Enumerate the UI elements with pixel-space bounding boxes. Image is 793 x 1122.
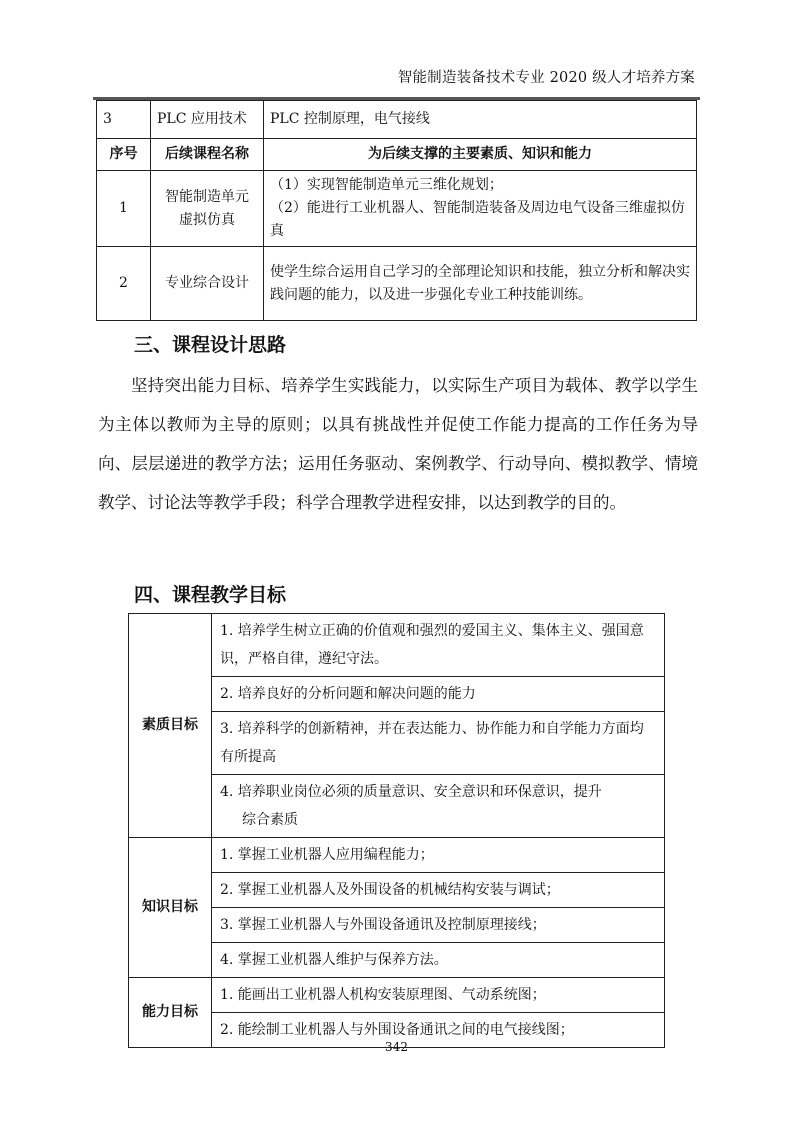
section-paragraph: 坚持突出能力目标、培养学生实践能力，以实际生产项目为载体、教学以学生为主体以教师… (98, 366, 698, 522)
course-line: 智能制造单元 (157, 186, 257, 209)
table-header-row: 序号 后续课程名称 为后续支撑的主要素质、知识和能力 (97, 139, 697, 171)
table-row: 知识目标 1. 掌握工业机器人应用编程能力； (129, 838, 665, 873)
objective-line: 综合素质 (220, 806, 656, 834)
objective-line: 4. 培养职业岗位必须的质量意识、安全意识和环保意识，提升 (220, 778, 656, 806)
cell-content: 使学生综合运用自己学习的全部理论知识和技能，独立分析和解决实践问题的能力，以及进… (264, 247, 697, 321)
cell-no: 2 (97, 247, 151, 321)
objective-item: 2. 培养良好的分析问题和解决问题的能力 (212, 677, 665, 712)
cell-course: 专业综合设计 (151, 247, 264, 321)
table-row: 能力目标 1. 能画出工业机器人机构安装原理图、气动系统图； (129, 978, 665, 1013)
cell-course: 智能制造单元 虚拟仿真 (151, 171, 264, 247)
content-line: （2）能进行工业机器人、智能制造装备及周边电气设备三维虚拟仿真 (270, 197, 690, 243)
objective-item: 4. 培养职业岗位必须的质量意识、安全意识和环保意识，提升 综合素质 (212, 775, 665, 838)
table-row: 2 专业综合设计 使学生综合运用自己学习的全部理论知识和技能，独立分析和解决实践… (97, 247, 697, 321)
cell-content: PLC 控制原理，电气接线 (264, 101, 697, 139)
header-course: 后续课程名称 (151, 139, 264, 171)
objective-item: 3. 掌握工业机器人与外围设备通讯及控制原理接线； (212, 908, 665, 943)
header-content: 为后续支撑的主要素质、知识和能力 (264, 139, 697, 171)
objective-item: 4. 掌握工业机器人维护与保养方法。 (212, 943, 665, 978)
page-number: 342 (0, 1040, 793, 1054)
section-title: 四、课程教学目标 (134, 580, 286, 607)
running-header: 智能制造装备技术专业 2020 级人才培养方案 (398, 66, 695, 87)
teaching-objectives-table: 素质目标 1. 培养学生树立正确的价值观和强烈的爱国主义、集体主义、强国意识，严… (128, 613, 665, 1048)
objective-item: 1. 能画出工业机器人机构安装原理图、气动系统图； (212, 978, 665, 1013)
section-title: 三、课程设计思路 (134, 330, 286, 357)
objective-item: 1. 掌握工业机器人应用编程能力； (212, 838, 665, 873)
objective-item: 3. 培养科学的创新精神，并在表达能力、协作能力和自学能力方面均有所提高 (212, 712, 665, 775)
table-row: 1 智能制造单元 虚拟仿真 （1）实现智能制造单元三维化规划； （2）能进行工业… (97, 171, 697, 247)
category-cell: 素质目标 (129, 614, 212, 838)
cell-no: 3 (97, 101, 151, 139)
content-line: （1）实现智能制造单元三维化规划； (270, 174, 690, 197)
cell-content: （1）实现智能制造单元三维化规划； （2）能进行工业机器人、智能制造装备及周边电… (264, 171, 697, 247)
objective-item: 1. 培养学生树立正确的价值观和强烈的爱国主义、集体主义、强国意识，严格自律，遵… (212, 614, 665, 677)
course-line: 虚拟仿真 (157, 209, 257, 232)
table-row: 3 PLC 应用技术 PLC 控制原理，电气接线 (97, 101, 697, 139)
category-cell: 知识目标 (129, 838, 212, 978)
cell-course: PLC 应用技术 (151, 101, 264, 139)
cell-no: 1 (97, 171, 151, 247)
objective-item: 2. 掌握工业机器人及外围设备的机械结构安装与调试； (212, 873, 665, 908)
prior-courses-table: 3 PLC 应用技术 PLC 控制原理，电气接线 序号 后续课程名称 为后续支撑… (96, 100, 697, 321)
category-cell: 能力目标 (129, 978, 212, 1048)
table-row: 素质目标 1. 培养学生树立正确的价值观和强烈的爱国主义、集体主义、强国意识，严… (129, 614, 665, 677)
header-no: 序号 (97, 139, 151, 171)
